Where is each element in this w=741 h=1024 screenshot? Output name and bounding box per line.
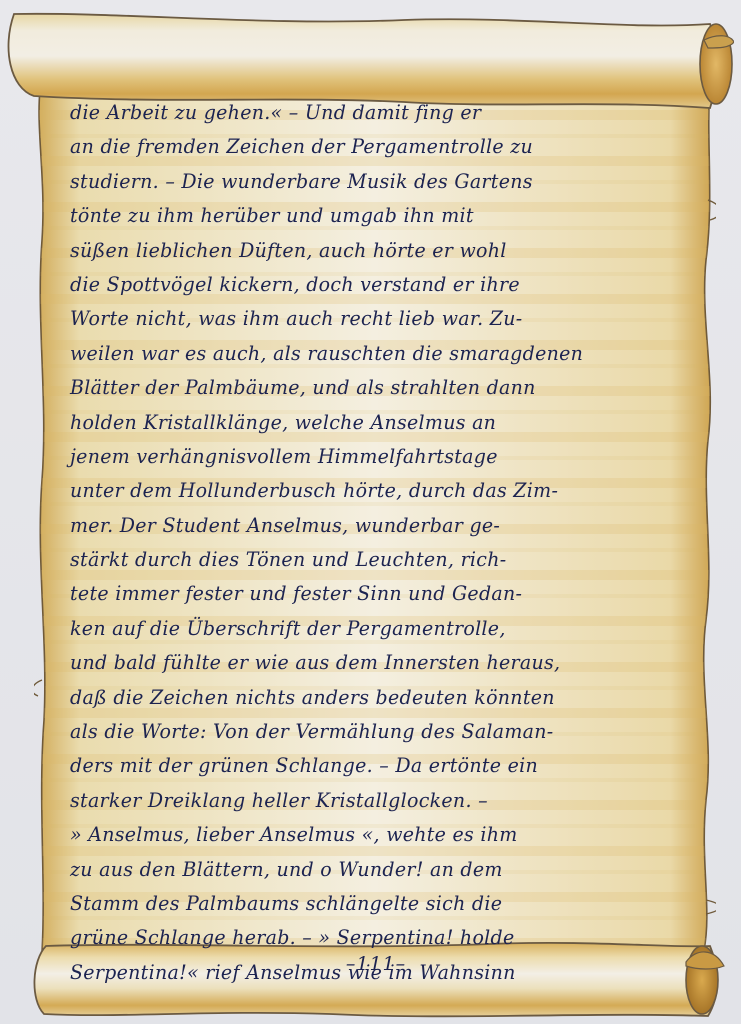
page-number: –111– [326,953,426,975]
text-line: Stamm des Palmbaums schlängelte sich die [70,887,690,921]
text-line: daß die Zeichen nichts anders bedeuten k… [70,681,690,715]
text-line: stärkt durch dies Tönen und Leuchten, ri… [70,543,690,577]
text-line: tete immer fester und fester Sinn und Ge… [70,577,690,611]
text-line: als die Worte: Von der Vermählung des Sa… [70,715,690,749]
text-line: starker Dreiklang heller Kristallglocken… [70,784,690,818]
text-line: weilen war es auch, als rauschten die sm… [70,337,690,371]
text-line: jenem verhängnisvollem Himmelfahrtstage [70,440,690,474]
text-line: studiern. – Die wunderbare Musik des Gar… [70,165,690,199]
text-line: holden Kristallklänge, welche Anselmus a… [70,406,690,440]
text-line: und bald fühlte er wie aus dem Innersten… [70,646,690,680]
text-line: Worte nicht, was ihm auch recht lieb war… [70,302,690,336]
text-line: die Arbeit zu gehen.« – Und damit fing e… [70,96,690,130]
text-line: süßen lieblichen Düften, auch hörte er w… [70,234,690,268]
manuscript-text: die Arbeit zu gehen.« – Und damit fing e… [70,96,710,990]
text-line: ken auf die Überschrift der Pergamentrol… [70,612,690,646]
text-line: » Anselmus, lieber Anselmus «, wehte es … [70,818,690,852]
text-line: zu aus den Blättern, und o Wunder! an de… [70,853,690,887]
text-line: ders mit der grünen Schlange. – Da ertön… [70,749,690,783]
text-line: die Spottvögel kickern, doch verstand er… [70,268,690,302]
text-line: an die fremden Zeichen der Pergamentroll… [70,130,690,164]
text-line: mer. Der Student Anselmus, wunderbar ge- [70,509,690,543]
text-line: grüne Schlange herab. – » Serpentina! ho… [70,921,690,955]
text-line: tönte zu ihm herüber und umgab ihn mit [70,199,690,233]
text-line: unter dem Hollunderbusch hörte, durch da… [70,474,690,508]
text-line: Blätter der Palmbäume, und als strahlten… [70,371,690,405]
